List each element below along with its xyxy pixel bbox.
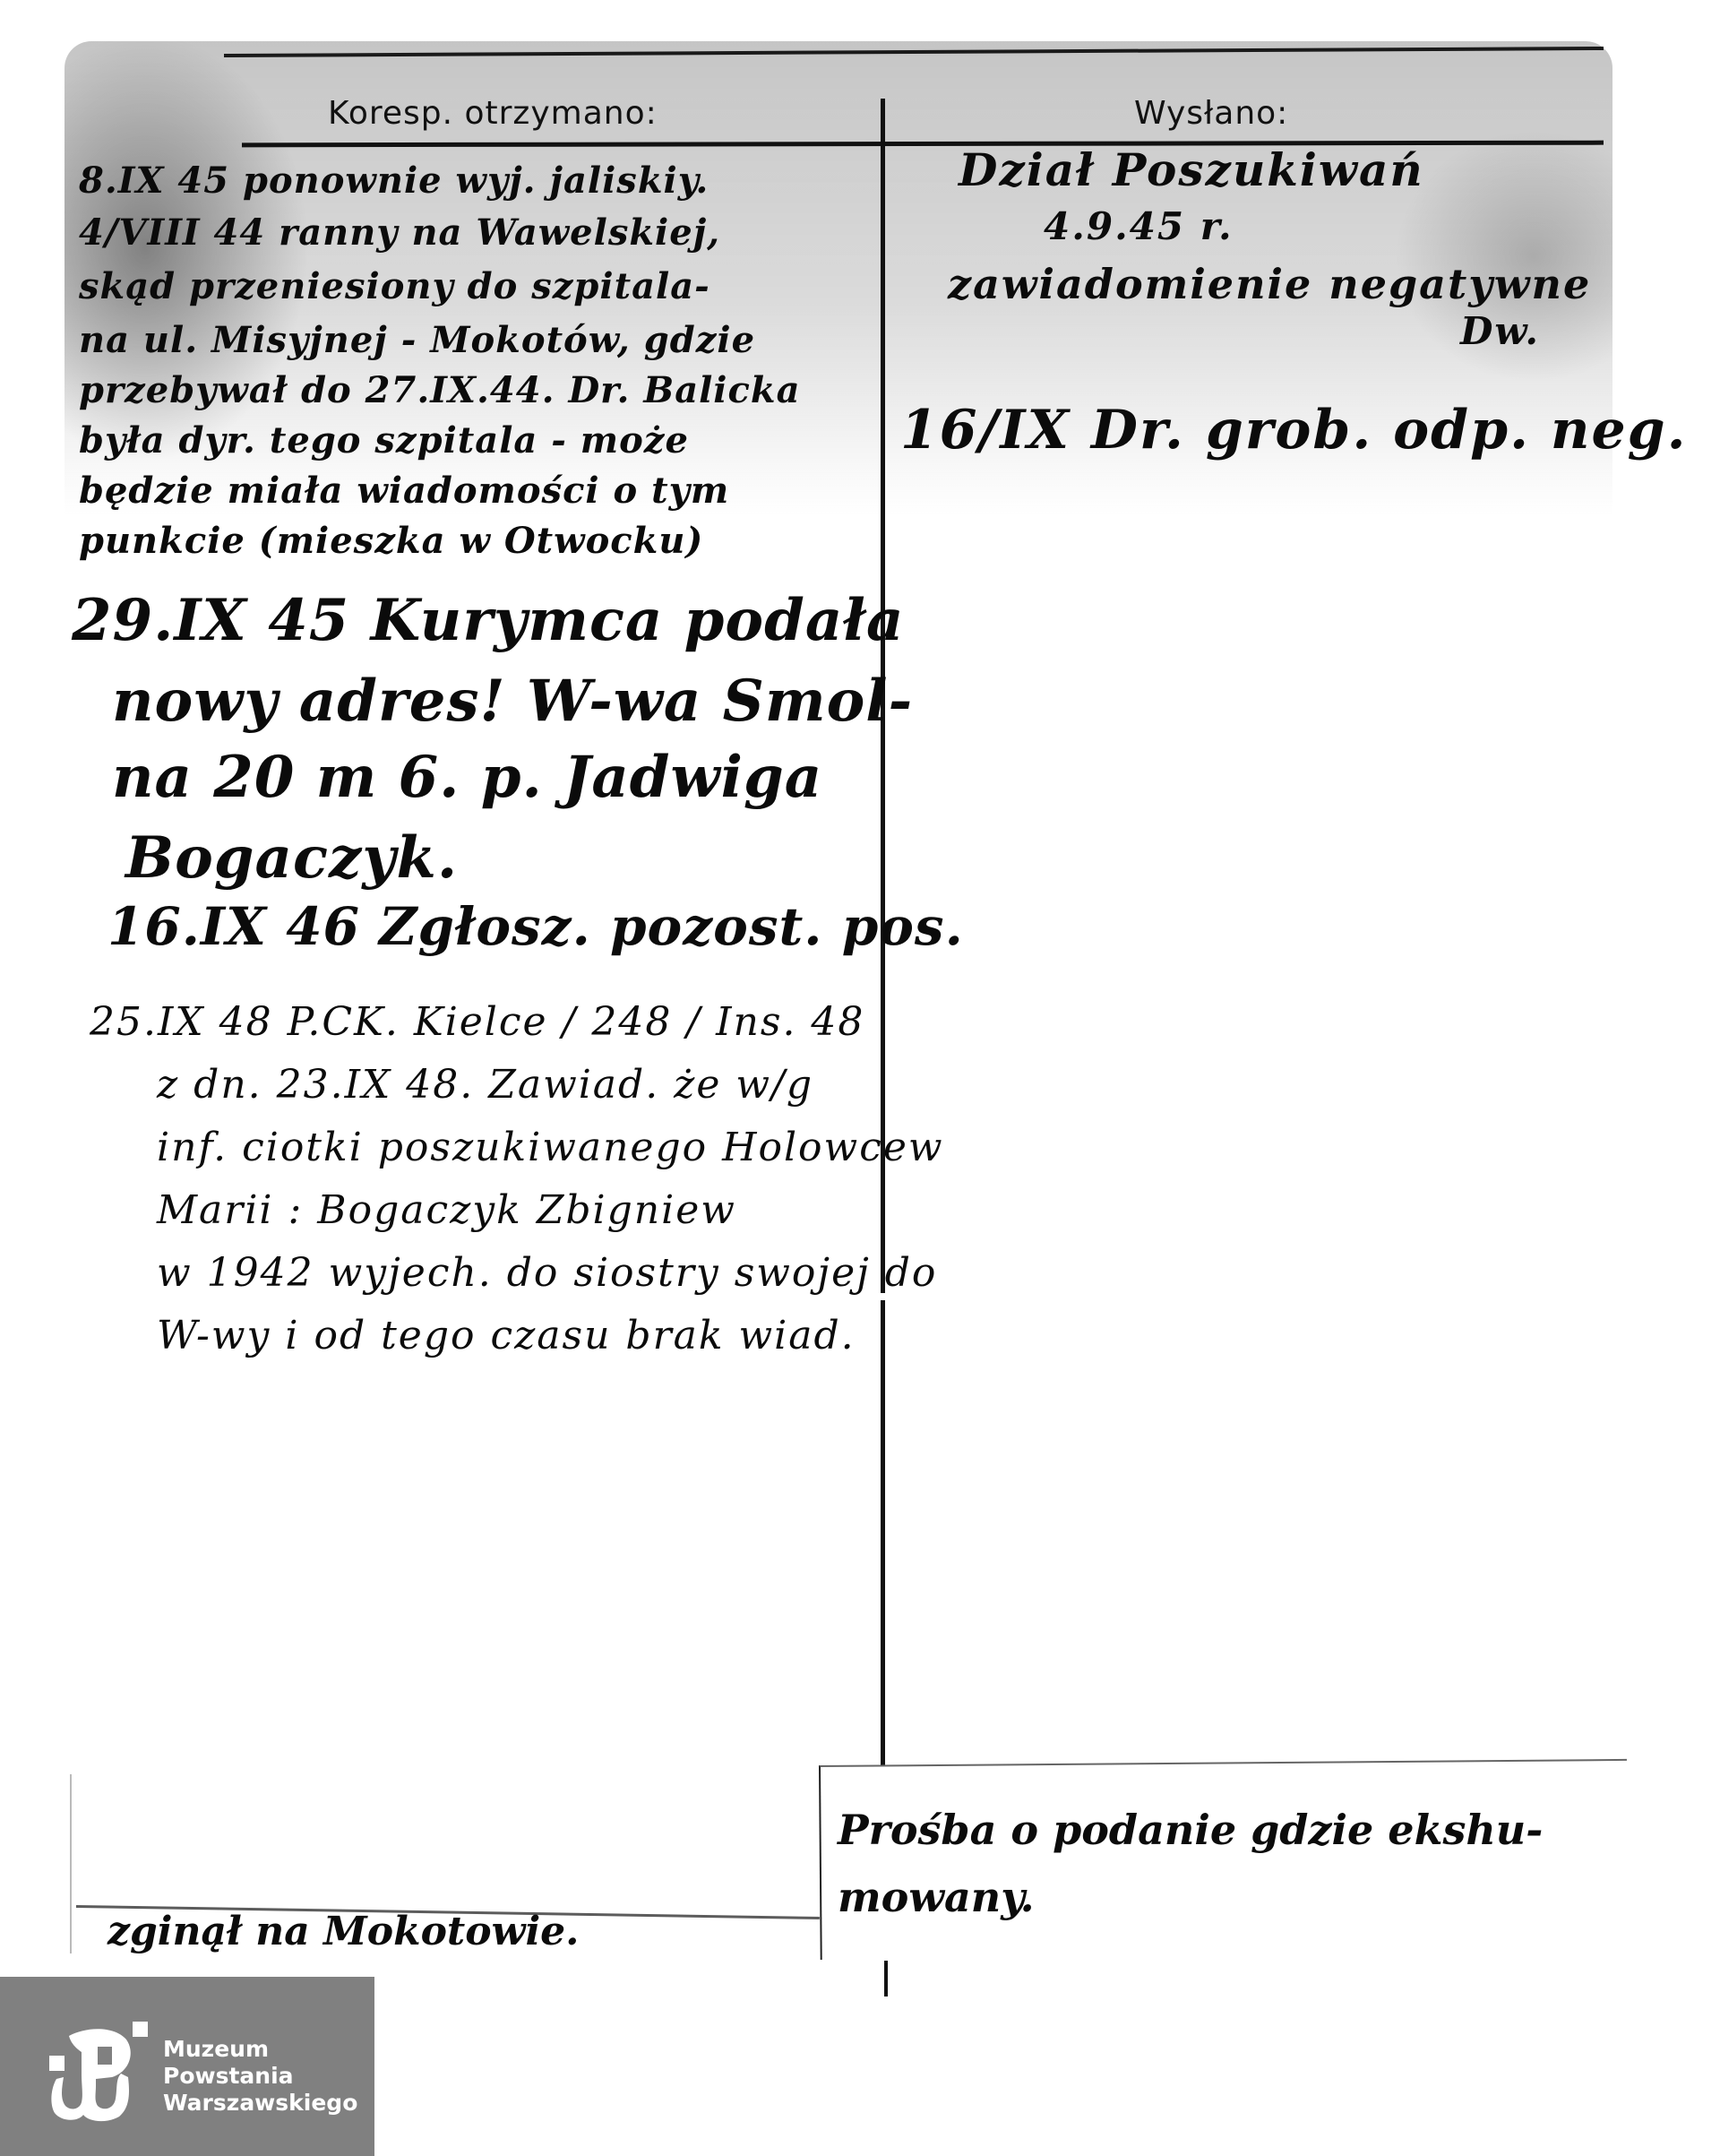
handwritten-line: 16/IX Dr. grob. odp. neg.	[900, 399, 1688, 461]
handwritten-line: będzie miała wiadomości o tym	[79, 470, 729, 512]
kotwica-anchor-icon	[49, 2022, 148, 2122]
handwritten-line: 29.IX 45 Kurymca podała	[72, 587, 904, 654]
museum-name-line: Powstania	[163, 2063, 357, 2090]
handwritten-line: na ul. Misyjnej - Mokotów, gdzie	[79, 319, 755, 361]
museum-watermark: Muzeum Powstania Warszawskiego	[0, 1977, 374, 2156]
handwritten-line: z dn. 23.IX 48. Zawiad. że w/g	[157, 1062, 813, 1108]
handwritten-line: przebywał do 27.IX.44. Dr. Balicka	[79, 369, 800, 411]
header-received-label: Koresp. otrzymano:	[328, 95, 658, 132]
pasted-note-slip	[819, 1759, 1629, 1960]
handwritten-line: 4/VIII 44 ranny na Wawelskiej,	[79, 211, 720, 254]
handwritten-line: Bogaczyk.	[125, 824, 458, 892]
bottom-left-note: zginął na Mokotowie.	[107, 1909, 580, 1954]
museum-name: Muzeum Powstania Warszawskiego	[163, 2036, 357, 2117]
handwritten-line: W-wy i od tego czasu brak wiad.	[157, 1313, 856, 1358]
document-left-edge	[70, 1774, 72, 1953]
handwritten-line: 16.IX 46 Zgłosz. pozost. pos.	[107, 896, 964, 957]
handwritten-line: nowy adres! W-wa Smol-	[112, 668, 913, 735]
museum-name-line: Muzeum	[163, 2036, 357, 2063]
handwritten-line: w 1942 wyjech. do siostry swojej do	[157, 1250, 937, 1296]
column-divider-stub	[884, 1961, 888, 1996]
handwritten-line: była dyr. tego szpitala - może	[79, 419, 689, 461]
pasted-note-line-2: mowany.	[838, 1873, 1035, 1921]
handwritten-line: punkcie (mieszka w Otwocku)	[79, 520, 703, 562]
header-sent-label: Wysłano:	[1134, 95, 1288, 132]
handwritten-line: 8.IX 45 ponownie wyj. jaliskiy.	[79, 160, 709, 202]
handwritten-line: 4.9.45 r.	[1044, 204, 1234, 248]
handwritten-line: 25.IX 48 P.CK. Kielce / 248 / Ins. 48	[90, 999, 864, 1045]
handwritten-line: Marii : Bogaczyk Zbigniew	[157, 1187, 736, 1233]
handwritten-line: Dział Poszukiwań	[959, 143, 1424, 196]
handwritten-line: zawiadomienie negatywne	[948, 260, 1591, 308]
handwritten-line: na 20 m 6. p. Jadwiga	[112, 744, 822, 811]
museum-name-line: Warszawskiego	[163, 2090, 357, 2117]
handwritten-line: skąd przeniesiony do szpitala-	[79, 265, 710, 307]
handwritten-line: inf. ciotki poszukiwanego Holowcew	[157, 1125, 944, 1170]
handwritten-line: Dw.	[1460, 309, 1540, 353]
pasted-note-line-1: Prośba o podanie gdzie ekshu-	[838, 1806, 1543, 1854]
